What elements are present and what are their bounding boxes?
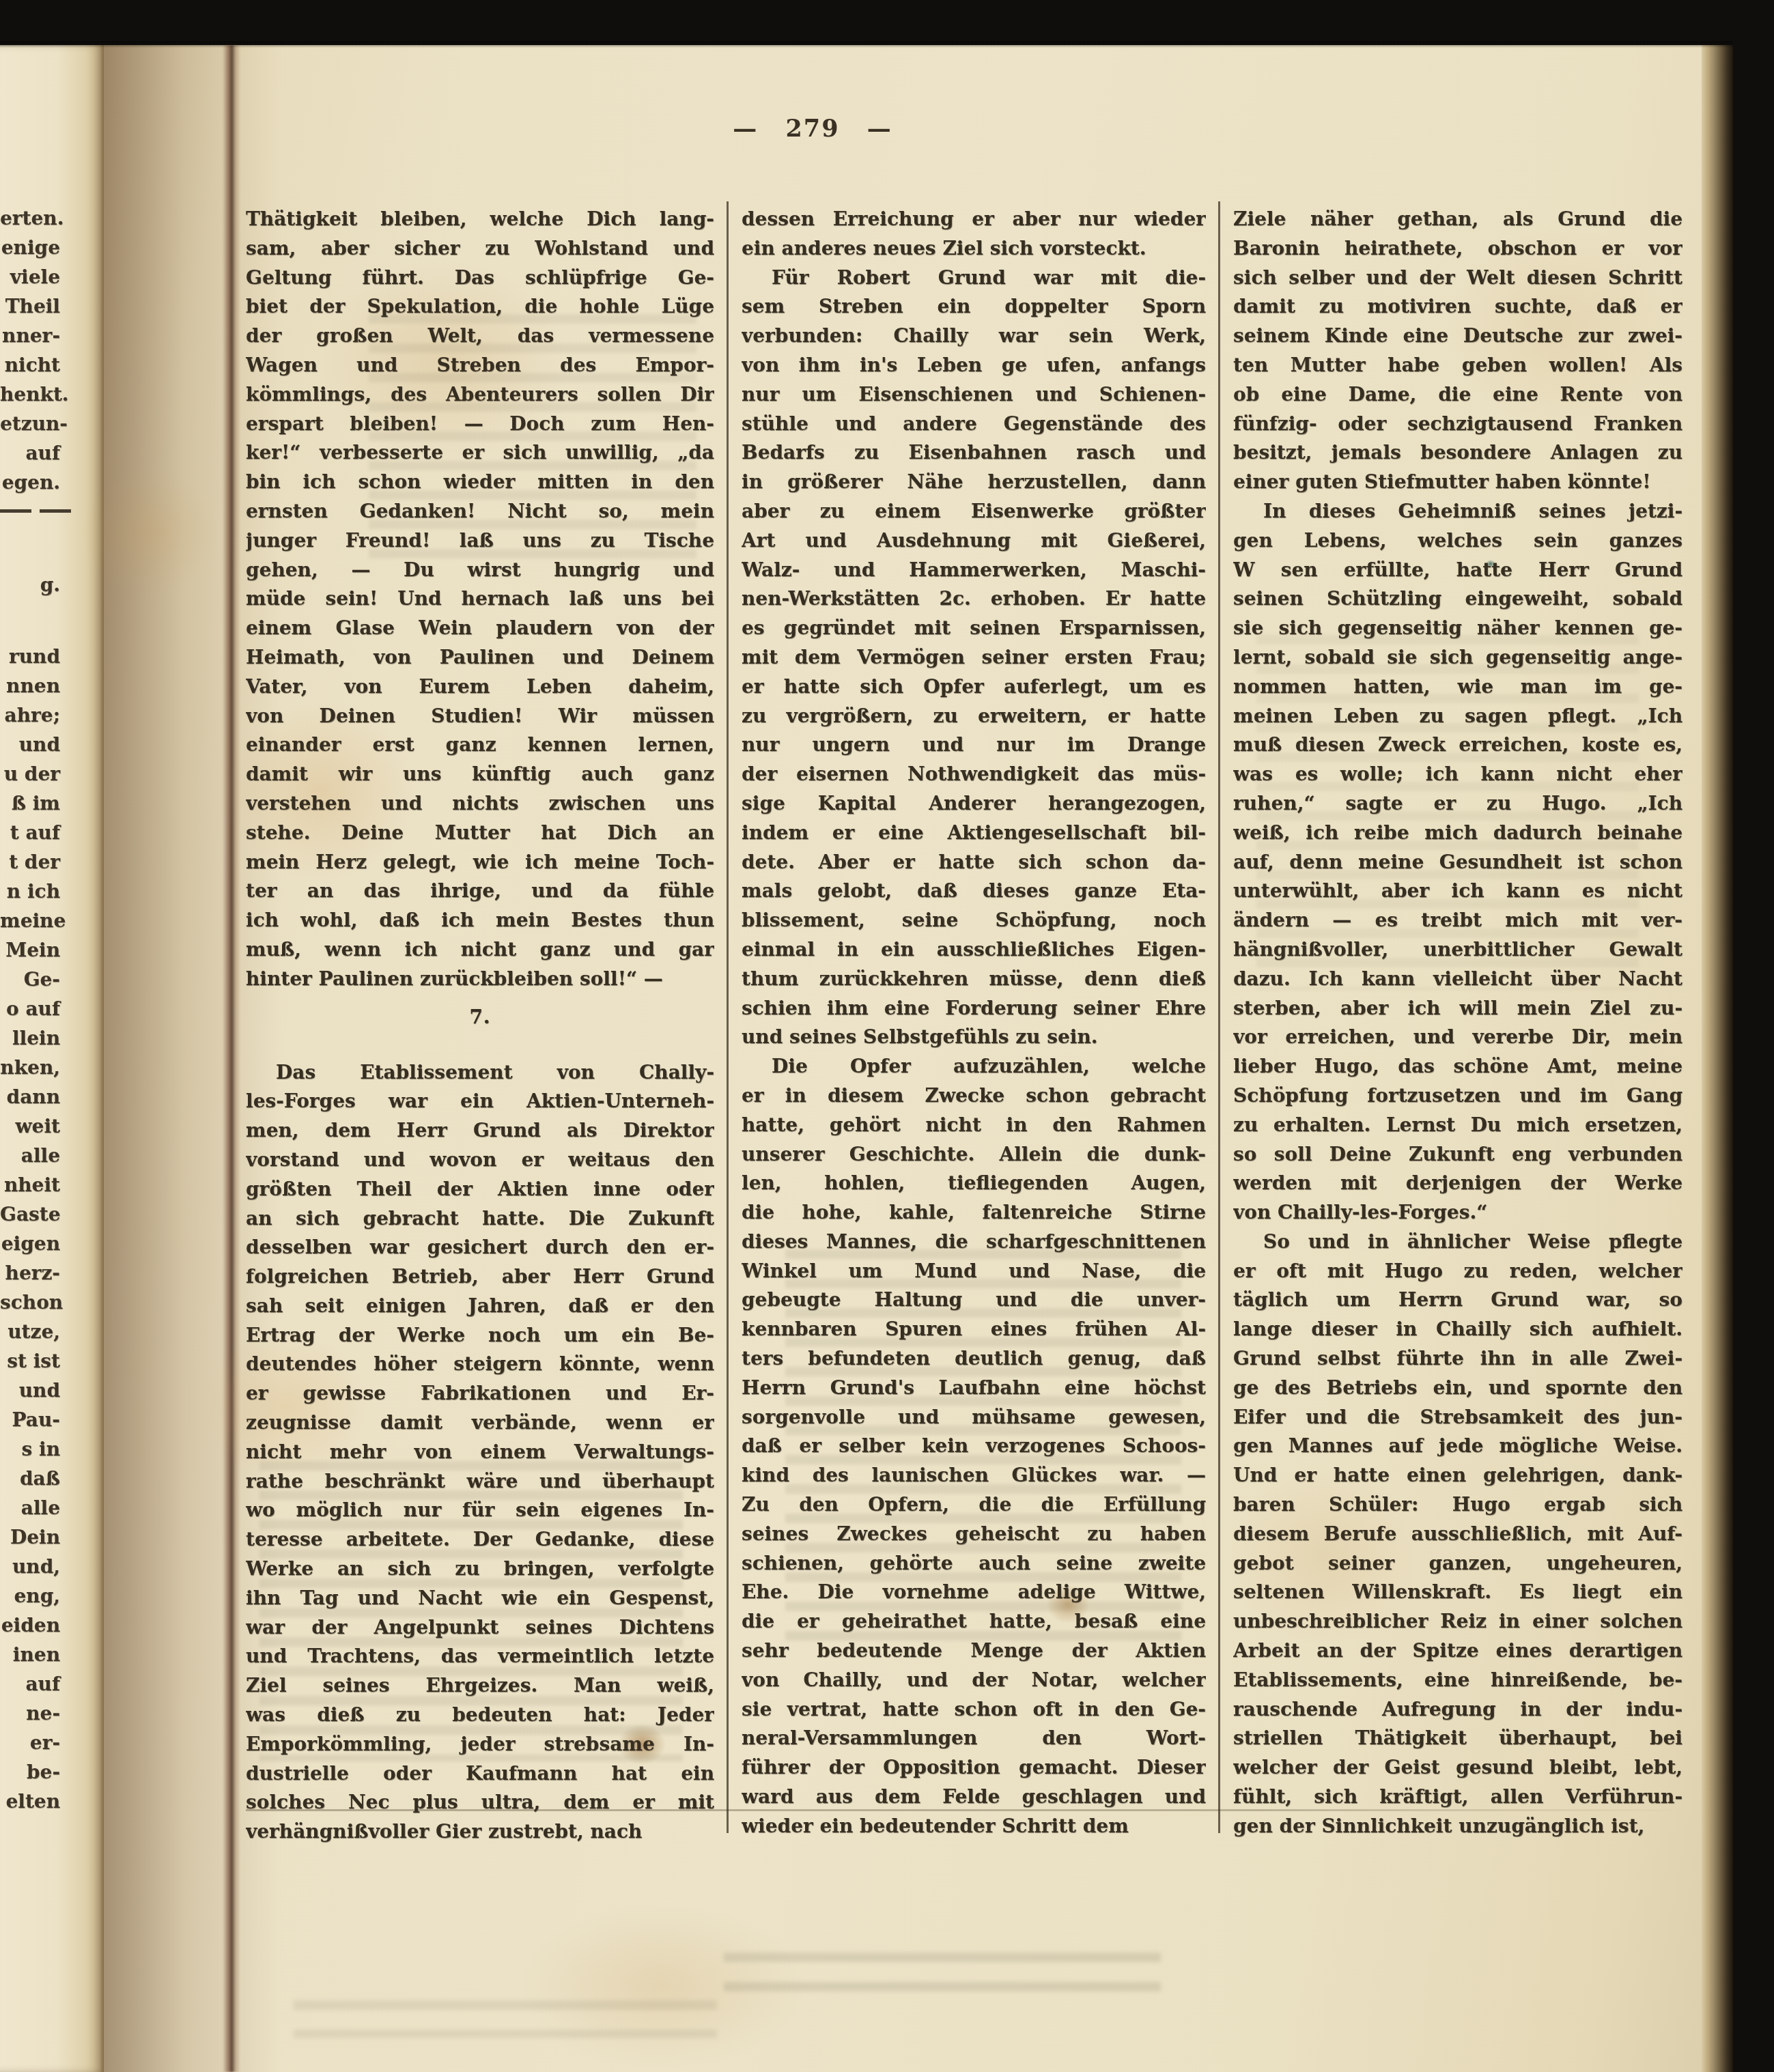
- text-line: müde sein! Und hernach laß uns bei: [246, 584, 714, 614]
- fragment-line: Pau-: [0, 1405, 60, 1434]
- fragment-line: er-: [0, 1728, 60, 1757]
- text-line: muß, wenn ich nicht ganz und gar: [246, 935, 714, 965]
- text-line: Grund selbst führte ihn in alle Zwei-: [1233, 1344, 1683, 1374]
- separator-rule: [0, 509, 71, 513]
- text-line: damit wir uns künftig auch ganz: [246, 760, 714, 789]
- text-line: junger Freund! laß uns zu Tische: [246, 526, 714, 556]
- text-line: Bedarfs zu Eisenbahnen rasch und: [742, 438, 1206, 468]
- fragment-line: und: [0, 1376, 60, 1405]
- text-line: er in diesem Zwecke schon gebracht: [742, 1081, 1206, 1111]
- text-line: In dieses Geheimniß seines jetzi-: [1233, 497, 1683, 526]
- text-line: baren Schüler: Hugo ergab sich: [1233, 1490, 1683, 1520]
- fragment-line: alle: [0, 1141, 60, 1170]
- text-line: lange dieser in Chailly sich aufhielt.: [1233, 1315, 1683, 1344]
- text-line: dieses Mannes, die scharfgeschnittenen: [742, 1227, 1206, 1257]
- text-line: stehe. Deine Mutter hat Dich an: [246, 819, 714, 848]
- text-line: ernsten Gedanken! Nicht so, mein: [246, 497, 714, 526]
- text-line: von ihm in's Leben ge ufen, anfangs: [742, 351, 1206, 380]
- text-line: Ertrag der Werke noch um ein Be-: [246, 1321, 714, 1350]
- text-line: folgreichen Betrieb, aber Herr Grund: [246, 1262, 714, 1292]
- text-line: striellen Thätigkeit überhaupt, bei: [1233, 1724, 1683, 1753]
- text-line: einmal in ein ausschließliches Eigen-: [742, 935, 1206, 965]
- text-line: gebot seiner ganzen, ungeheuren,: [1233, 1549, 1683, 1578]
- text-line: Und er hatte einen gelehrigen, dank-: [1233, 1461, 1683, 1490]
- text-line: Ziele näher gethan, als Grund die: [1233, 205, 1683, 234]
- text-line: Zu den Opfern, die die Erfüllung: [742, 1490, 1206, 1520]
- text-line: gen Lebens, welches sein ganzes: [1233, 526, 1683, 556]
- text-line: hinter Paulinen zurückbleiben soll!“ —: [246, 965, 714, 994]
- text-line: Art und Ausdehnung mit Gießerei,: [742, 526, 1206, 556]
- fragment-line: daß: [0, 1464, 60, 1493]
- text-line: unserer Geschichte. Allein die dunk-: [742, 1140, 1206, 1169]
- text-line: nicht mehr von einem Verwaltungs-: [246, 1438, 714, 1467]
- text-line: Schöpfung fortzusetzen und im Gang: [1233, 1081, 1683, 1111]
- text-line: ruhen,“ sagte er zu Hugo. „Ich: [1233, 789, 1683, 819]
- text-line: sorgenvolle und mühsame gewesen,: [742, 1403, 1206, 1432]
- text-line: Vater, von Eurem Leben daheim,: [246, 672, 714, 702]
- text-line: unbeschreiblicher Reiz in einer solchen: [1233, 1607, 1683, 1636]
- fragment-line: inen: [0, 1640, 60, 1669]
- text-line: indem er eine Aktiengesellschaft bil-: [742, 819, 1206, 848]
- text-line: mit dem Vermögen seiner ersten Frau;: [742, 643, 1206, 672]
- text-line: deutendes höher steigern könnte, wenn: [246, 1350, 714, 1379]
- text-line: auf, denn meine Gesundheit ist schon: [1233, 848, 1683, 877]
- text-line: ters befundeten deutlich genug, daß: [742, 1344, 1206, 1374]
- text-line: ter an das ihrige, und da fühle: [246, 877, 714, 906]
- text-line: verhängnißvoller Gier zustrebt, nach: [246, 1817, 714, 1847]
- fragment-line: Dein: [0, 1522, 60, 1552]
- text-line: größten Theil der Aktien inne oder: [246, 1175, 714, 1204]
- book-scan: — 279 — erten.enigevieleTheilnner-nichth…: [0, 0, 1774, 2072]
- text-line: vor erreichen, und vererbe Dir, mein: [1233, 1023, 1683, 1052]
- fragment-line: schon: [0, 1288, 60, 1317]
- text-line: sam, aber sicher zu Wohlstand und: [246, 234, 714, 264]
- text-line: führer der Opposition gemacht. Dieser: [742, 1753, 1206, 1783]
- text-column-1: Thätigkeit bleiben, welche Dich lang-sam…: [246, 205, 714, 1847]
- fragment-line: egen.: [0, 468, 60, 497]
- text-line: kömmlings, des Abenteurers sollen Dir: [246, 380, 714, 410]
- text-line: seinen Schützling eingeweiht, sobald: [1233, 584, 1683, 614]
- text-line: gen Mannes auf jede mögliche Weise.: [1233, 1432, 1683, 1461]
- fragment-line: ahre;: [0, 700, 60, 730]
- text-line: damit zu motiviren suchte, daß er: [1233, 292, 1683, 322]
- text-line: Baronin heirathete, obschon er vor: [1233, 234, 1683, 264]
- page-number: — 279 —: [696, 115, 929, 143]
- fragment-line: erten.: [0, 203, 60, 233]
- text-line: seltenen Willenskraft. Es liegt ein: [1233, 1578, 1683, 1607]
- text-line: er oft mit Hugo zu reden, welcher: [1233, 1257, 1683, 1286]
- text-line: Walz- und Hammerwerken, Maschi-: [742, 556, 1206, 585]
- text-line: ge des Betriebs ein, und spornte den: [1233, 1374, 1683, 1403]
- text-line: unterwühlt, aber ich kann es nicht: [1233, 877, 1683, 906]
- fragment-line: alle: [0, 1493, 60, 1522]
- text-line: der eisernen Nothwendigkeit das müs-: [742, 760, 1206, 789]
- text-line: men, dem Herr Grund als Direktor: [246, 1116, 714, 1146]
- text-line: von Deinen Studien! Wir müssen: [246, 702, 714, 731]
- text-line: Ziel seines Ehrgeizes. Man weiß,: [246, 1671, 714, 1701]
- text-line: les-Forges war ein Aktien-Unterneh-: [246, 1087, 714, 1116]
- fragment-line: n ich: [0, 877, 60, 906]
- text-line: dete. Aber er hatte sich schon da-: [742, 848, 1206, 877]
- text-line: Werke an sich zu bringen, verfolgte: [246, 1555, 714, 1584]
- text-line: was es wolle; ich kann nicht eher: [1233, 760, 1683, 789]
- fragment-line: t auf: [0, 818, 60, 847]
- text-line: Heimath, von Paulinen und Deinem: [246, 643, 714, 672]
- text-line: thum zurückkehren müsse, denn dieß: [742, 965, 1206, 994]
- fragment-line: utze,: [0, 1317, 60, 1346]
- text-line: Thätigkeit bleiben, welche Dich lang-: [246, 205, 714, 234]
- text-line: biet der Spekulation, die hohle Lüge: [246, 292, 714, 322]
- text-line: aber zu einem Eisenwerke größter: [742, 497, 1206, 526]
- text-line: dustrielle oder Kaufmann hat ein: [246, 1759, 714, 1789]
- fragment-line: elten: [0, 1787, 60, 1816]
- fragment-line: herz-: [0, 1258, 60, 1288]
- fragment-line: Mein: [0, 935, 60, 965]
- text-line: lieber Hugo, das schöne Amt, meine: [1233, 1052, 1683, 1081]
- fragment-line: Gaste: [0, 1200, 60, 1229]
- text-line: vorstand und wovon er weitaus den: [246, 1146, 714, 1175]
- binding-crease: [223, 45, 240, 2072]
- text-line: Ehe. Die vornehme adelige Wittwe,: [742, 1578, 1206, 1607]
- text-line: zu erhalten. Lernst Du mich ersetzen,: [1233, 1111, 1683, 1140]
- fragment-line: s in: [0, 1434, 60, 1464]
- text-line: dazu. Ich kann vielleicht über Nacht: [1233, 965, 1683, 994]
- text-line: fünfzig- oder sechzigtausend Franken: [1233, 410, 1683, 439]
- fragment-line: rund: [0, 642, 60, 671]
- text-line: welcher der Geist gesund bleibt, lebt,: [1233, 1753, 1683, 1783]
- text-line: Eifer und die Strebsamkeit des jun-: [1233, 1403, 1683, 1432]
- text-line: len, hohlen, tiefliegenden Augen,: [742, 1169, 1206, 1198]
- text-line: so soll Deine Zukunft eng verbunden: [1233, 1140, 1683, 1169]
- text-line: von Chailly-les-Forges.“: [1233, 1198, 1683, 1227]
- section-heading: 7.: [246, 1002, 714, 1032]
- text-line: und Trachtens, das vermeintlich letzte: [246, 1642, 714, 1671]
- text-line: von Chailly, und der Notar, welcher: [742, 1666, 1206, 1695]
- text-line: sie sich gegenseitig näher kennen ge-: [1233, 614, 1683, 643]
- text-line: daß er selber kein verzogenes Schoos-: [742, 1432, 1206, 1461]
- text-line: in größerer Nähe herzustellen, dann: [742, 468, 1206, 497]
- fragment-line: nner-: [0, 321, 60, 350]
- fragment-line: Theil: [0, 292, 60, 321]
- text-line: meinen Leben zu sagen pflegt. „Ich: [1233, 702, 1683, 731]
- fragment-line: und,: [0, 1552, 60, 1581]
- text-line: zeugnisse damit verbände, wenn er: [246, 1408, 714, 1438]
- text-line: Emporkömmling, jeder strebsame In-: [246, 1730, 714, 1759]
- text-line: Wagen und Streben des Empor-: [246, 351, 714, 380]
- text-line: sah seit einigen Jahren, daß er den: [246, 1292, 714, 1321]
- text-line: lernt, sobald sie sich gegenseitig ange-: [1233, 643, 1683, 672]
- text-line: ihn Tag und Nacht wie ein Gespenst,: [246, 1584, 714, 1613]
- text-line: täglich um Herrn Grund war, so: [1233, 1286, 1683, 1315]
- text-line: gen der Sinnlichkeit unzugänglich ist,: [1233, 1812, 1683, 1841]
- text-line: Geltung führt. Das schlüpfrige Ge-: [246, 264, 714, 293]
- text-line: die hohe, kahle, faltenreiche Stirne: [742, 1198, 1206, 1227]
- text-line: teresse arbeitete. Der Gedanke, diese: [246, 1525, 714, 1555]
- text-line: mals gelobt, daß dieses ganze Eta-: [742, 877, 1206, 906]
- text-line: hängnißvoller, unerbittlicher Gewalt: [1233, 935, 1683, 965]
- text-column-3: Ziele näher gethan, als Grund dieBaronin…: [1233, 205, 1683, 1841]
- text-line: rathe beschränkt wäre und überhaupt: [246, 1467, 714, 1496]
- text-line: blissement, seine Schöpfung, noch: [742, 906, 1206, 935]
- fragment-line: henkt.: [0, 380, 60, 409]
- text-line: Etablissements, eine hinreißende, be-: [1233, 1666, 1683, 1695]
- fragment-line: o auf: [0, 994, 60, 1023]
- fragment-line: nnen: [0, 671, 60, 700]
- column-divider: [1218, 201, 1220, 1833]
- text-line: kennbaren Spuren eines frühen Al-: [742, 1315, 1206, 1344]
- fragment-line: und: [0, 730, 60, 759]
- text-line: sige Kapital Anderer herangezogen,: [742, 789, 1206, 819]
- text-line: hatte, gehört nicht in den Rahmen: [742, 1111, 1206, 1140]
- text-line: nommen hatten, wie man im ge-: [1233, 672, 1683, 702]
- text-line: dessen Erreichung er aber nur wieder: [742, 205, 1206, 234]
- text-line: seines Zweckes geheischt zu haben: [742, 1520, 1206, 1549]
- text-line: verstehen und nichts zwischen uns: [246, 789, 714, 819]
- text-line: einander erst ganz kennen lernen,: [246, 730, 714, 760]
- text-line: W sen erfüllte, hatte Herr Grund: [1233, 556, 1683, 585]
- fragment-line: eiden: [0, 1610, 60, 1640]
- fragment-line: llein: [0, 1023, 60, 1053]
- fragment-line: viele: [0, 262, 60, 292]
- fragment-line: weit: [0, 1111, 60, 1141]
- text-line: fühlt, sich kräftigt, allen Verführun-: [1233, 1783, 1683, 1812]
- text-line: ten Mutter habe geben wollen! Als: [1233, 351, 1683, 380]
- text-line: werden mit derjenigen der Werke: [1233, 1169, 1683, 1198]
- text-line: stühle und andere Gegenstände des: [742, 410, 1206, 439]
- text-line: schienen, gehörte auch seine zweite: [742, 1549, 1206, 1578]
- text-line: weiß, ich reibe mich dadurch beinahe: [1233, 819, 1683, 848]
- text-line: die er geheirathet hatte, besaß eine: [742, 1607, 1206, 1636]
- text-line: So und in ähnlicher Weise pflegte: [1233, 1227, 1683, 1257]
- fragment-line: auf: [0, 1669, 60, 1699]
- fragment-line: nicht: [0, 350, 60, 380]
- text-line: Winkel um Mund und Nase, die: [742, 1257, 1206, 1286]
- text-line: ein anderes neues Ziel sich vorsteckt.: [742, 234, 1206, 264]
- text-line: zu vergrößern, zu erweitern, er hatte: [742, 702, 1206, 731]
- text-line: neral-Versammlungen den Wort-: [742, 1724, 1206, 1753]
- fragment-line: enige: [0, 233, 60, 262]
- text-line: einer guten Stiefmutter haben könnte!: [1233, 468, 1683, 497]
- text-line: muß diesen Zweck erreichen, koste es,: [1233, 730, 1683, 760]
- text-column-2: dessen Erreichung er aber nur wiederein …: [742, 205, 1206, 1841]
- text-line: Das Etablissement von Chally-: [246, 1058, 714, 1088]
- page-edge-stack: [1702, 45, 1733, 2072]
- text-line: ob eine Dame, die eine Rente von: [1233, 380, 1683, 410]
- text-line: der großen Welt, das vermessene: [246, 322, 714, 351]
- text-line: wo möglich nur für sein eigenes In-: [246, 1496, 714, 1525]
- text-line: es gegründet mit seinen Ersparnissen,: [742, 614, 1206, 643]
- text-line: sem Streben ein doppelter Sporn: [742, 292, 1206, 322]
- text-line: nur um Eisenschienen und Schienen-: [742, 380, 1206, 410]
- previous-page-text-fragments: erten.enigevieleTheilnner-nichthenkt.etz…: [0, 203, 60, 1816]
- text-line: sehr bedeutende Menge der Aktien: [742, 1636, 1206, 1666]
- fragment-line: eng,: [0, 1581, 60, 1610]
- fragment-line: eigen: [0, 1229, 60, 1258]
- text-line: sterben, aber ich will mein Ziel zu-: [1233, 994, 1683, 1023]
- text-line: solches Nec plus ultra, dem er mit: [246, 1788, 714, 1817]
- fragment-line: Ge-: [0, 965, 60, 994]
- text-line: er gewisse Fabrikationen und Er-: [246, 1379, 714, 1408]
- text-line: er hatte sich Opfer auferlegt, um es: [742, 672, 1206, 702]
- text-line: sie vertrat, hatte schon oft in den Ge-: [742, 1695, 1206, 1725]
- text-line: ich wohl, daß ich mein Bestes thun: [246, 906, 714, 935]
- text-line: diesem Berufe ausschließlich, mit Auf-: [1233, 1520, 1683, 1549]
- text-line: kind des launischen Glückes war. —: [742, 1461, 1206, 1490]
- fragment-line: etzun-: [0, 409, 60, 438]
- text-line: schien ihm eine Forderung seiner Ehre: [742, 994, 1206, 1023]
- text-line: verbunden: Chailly war sein Werk,: [742, 322, 1206, 351]
- fragment-line: nheit: [0, 1170, 60, 1200]
- text-line: und seines Selbstgefühls zu sein.: [742, 1023, 1206, 1052]
- text-line: rauschende Aufregung in der indu-: [1233, 1695, 1683, 1725]
- fragment-line: t der: [0, 847, 60, 877]
- text-line: erspart bleiben! — Doch zum Hen-: [246, 410, 714, 439]
- fragment-line: meine: [0, 906, 60, 935]
- text-line: ward aus dem Felde geschlagen und: [742, 1783, 1206, 1812]
- text-line: sich selber und der Welt diesen Schritt: [1233, 264, 1683, 293]
- text-line: war der Angelpunkt seines Dichtens: [246, 1613, 714, 1643]
- text-line: Herrn Grund's Laufbahn eine höchst: [742, 1374, 1206, 1403]
- text-line: nen-Werkstätten 2c. erhoben. Er hatte: [742, 584, 1206, 614]
- text-line: seinem Kinde eine Deutsche zur zwei-: [1233, 322, 1683, 351]
- text-line: wieder ein bedeutender Schritt dem: [742, 1812, 1206, 1841]
- fragment-line: be-: [0, 1757, 60, 1787]
- fragment-line: ß im: [0, 789, 60, 818]
- fragment-line: nken,: [0, 1053, 60, 1082]
- text-line: an sich gebracht hatte. Die Zukunft: [246, 1204, 714, 1234]
- text-line: besitzt, jemals besondere Anlagen zu: [1233, 438, 1683, 468]
- column-divider: [727, 201, 729, 1833]
- text-line: nur ungern und nur im Drange: [742, 730, 1206, 760]
- text-line: einem Glase Wein plaudern von der: [246, 614, 714, 643]
- fragment-line: ne-: [0, 1699, 60, 1728]
- fragment-line: auf: [0, 438, 60, 468]
- fragment-line: dann: [0, 1082, 60, 1111]
- backdrop-shadow: [0, 41, 1733, 48]
- text-line: Die Opfer aufzuzählen, welche: [742, 1052, 1206, 1081]
- text-line: gebeugte Haltung und die unver-: [742, 1286, 1206, 1315]
- fragment-line: u der: [0, 759, 60, 789]
- text-line: mein Herz gelegt, wie ich meine Toch-: [246, 848, 714, 877]
- text-line: ändern — es treibt mich mit ver-: [1233, 906, 1683, 935]
- text-line: bin ich schon wieder mitten in den: [246, 468, 714, 497]
- text-line: gehen, — Du wirst hungrig und: [246, 556, 714, 585]
- fragment-line: g.: [0, 570, 60, 599]
- fragment-line: st ist: [0, 1346, 60, 1376]
- text-line: Arbeit an der Spitze eines derartigen: [1233, 1636, 1683, 1666]
- text-line: was dieß zu bedeuten hat: Jeder: [246, 1701, 714, 1730]
- text-line: desselben war gesichert durch den er-: [246, 1233, 714, 1262]
- text-line: Für Robert Grund war mit die-: [742, 264, 1206, 293]
- text-line: ker!“ verbesserte er sich unwillig, „da: [246, 438, 714, 468]
